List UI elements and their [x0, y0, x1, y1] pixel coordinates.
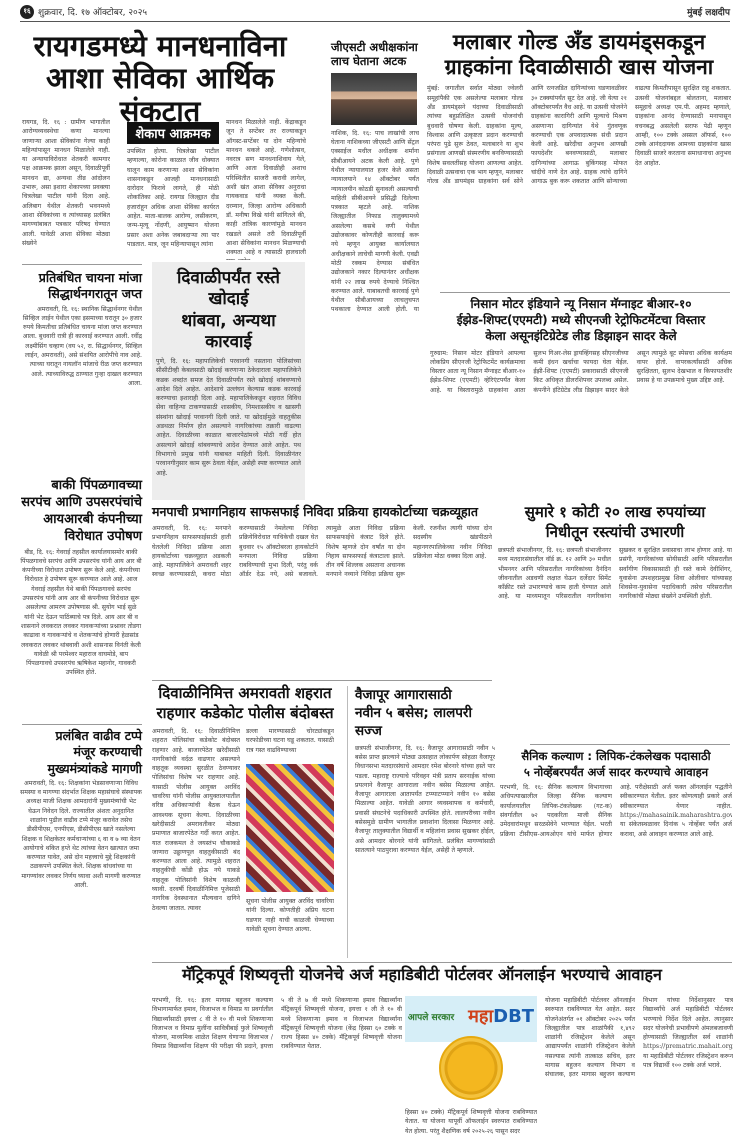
headline: प्रलंबित वाढीव टप्पे मंजूर करण्याची मुख्…	[20, 728, 142, 777]
article-body: रायगड, दि. १६ : ग्रामीण भागातील आरोग्यव्…	[22, 118, 110, 258]
divider	[530, 744, 730, 745]
article-body: बीड, दि. १६: गेवराई तहसील कार्यालयासमोर …	[20, 548, 142, 708]
headline: रायगडमध्ये मानधनाविना आशा सेविका आर्थिक …	[20, 30, 300, 127]
headline: मलाबार गोल्ड अँड डायमंड्सकडून ग्राहकांना…	[427, 30, 731, 80]
article-body: छत्रपती संभाजीनगर, दि. १६: छत्रपती संभाज…	[498, 546, 732, 724]
article-body: मानधन मिळालेले नाही. केंद्राकडून जून ते …	[226, 118, 306, 260]
mahadbt-logo: महाDBT	[468, 1004, 534, 1028]
headline: निसान मोटर इंडियाने न्यू निसान मॅग्नाइट …	[430, 296, 732, 345]
divider	[22, 724, 142, 725]
article-body: उपस्थित होत्या. चित्रलेखा पाटील म्हणाल्य…	[127, 147, 219, 260]
government-seal-icon	[439, 1036, 503, 1100]
divider	[22, 264, 142, 265]
article-sainik: सैनिक कल्याण : लिपिक-टंकलेखक पदासाठी ५ न…	[500, 748, 732, 953]
divider	[440, 292, 730, 293]
logo-row: आपले सरकार महाDBT	[408, 1004, 534, 1028]
article-body: डल्ला मारण्यासाठी चोरट्यांकडून घरफोडीच्य…	[246, 727, 334, 755]
handshake-photo	[331, 73, 417, 125]
page-number-badge: १६	[20, 5, 34, 19]
article-roads: दिवाळीपर्यंत रस्ते खोदाई थांबवा, अन्यथा …	[152, 262, 305, 500]
page-masthead: १६ शुक्रवार, दि. १७ ऑक्टोबर, २०२५ मुंबई …	[20, 2, 730, 22]
article-body: परभणी, दि. १६: सैनिक कल्याण विभागाच्या अ…	[500, 783, 732, 953]
divider	[152, 680, 492, 681]
headline: दिवाळीपर्यंत रस्ते खोदाई थांबवा, अन्यथा …	[156, 268, 301, 353]
publication-name: मुंबई लक्षदीप	[687, 5, 730, 18]
article-body: हिस्सा ४० टक्के) मॅट्रिकपूर्व शिष्यवृत्त…	[405, 1108, 537, 1146]
article-body: अमरावती, दि. १६: स्थानिक सिद्धार्थनगर ये…	[20, 305, 142, 465]
issue-date: शुक्रवार, दि. १७ ऑक्टोबर, २०२५	[38, 5, 147, 18]
headline: दिवाळीनिमित्त अमरावती शहरात राहणार कडेको…	[150, 684, 340, 723]
article-scholarship: मॅट्रिकपूर्व शिष्यवृत्ती योजनेचे अर्ज मह…	[112, 966, 732, 984]
article-shikshak: प्रलंबित वाढीव टप्पे मंजूर करण्याची मुख्…	[20, 728, 142, 1139]
aaple-sarkar-logo: आपले सरकार	[408, 1010, 454, 1023]
mahadbt-logo-box: आपले सरकार महाDBT	[405, 996, 537, 1106]
article-police: दिवाळीनिमित्त अमरावती शहरात राहणार कडेको…	[150, 684, 340, 723]
article-raigad: रायगडमध्ये मानधनाविना आशा सेविका आर्थिक …	[20, 30, 300, 127]
headline: सैनिक कल्याण : लिपिक-टंकलेखक पदासाठी ५ न…	[500, 748, 732, 780]
divider	[152, 962, 732, 963]
article-body: अमरावती, दि. १६: दिवाळीनिमित्त शहरात पोल…	[152, 727, 240, 957]
divider	[347, 686, 348, 958]
article-pimpalgaon: बाकी पिंपळगावच्या सरपंच आणि उपसरपंचांचे …	[20, 478, 142, 708]
article-body: पुणे, दि. १६: महापालिकेची परवानगी नसताना…	[156, 357, 301, 527]
headline: प्रतिबंधित चायना मांजा सिद्धार्थनगरातून …	[20, 270, 142, 303]
article-malabar: मलाबार गोल्ड अँड डायमंड्सकडून ग्राहकांना…	[427, 30, 731, 264]
article-body: सूचना पोलीस आयुक्त अरविंद चावरिया यांनी …	[246, 897, 334, 957]
article-nissan: निसान मोटर इंडियाने न्यू निसान मॅग्नाइट …	[430, 296, 732, 509]
article-body: नाशिक, दि. १६: पाच लाखांची लाच घेताना ना…	[331, 129, 419, 314]
article-body: अमरावती, दि. १६: शिक्षकांना भेडसावणाऱ्या…	[20, 779, 142, 1139]
diwali-market-photo	[246, 764, 334, 892]
headline: मॅट्रिकपूर्व शिष्यवृत्ती योजनेचे अर्ज मह…	[112, 966, 732, 984]
headline: वैजापूर आगारासाठी नवीन ५ बसेस; लालपरी सज…	[355, 686, 495, 741]
masthead-left: १६ शुक्रवार, दि. १७ ऑक्टोबर, २०२५	[20, 5, 147, 19]
headline: मनपाची प्रभागनिहाय साफसफाई निविदा प्रक्र…	[152, 505, 492, 519]
headline: जीएसटी अधीक्षकांना लाच घेताना अटक	[331, 40, 419, 69]
article-road-fund: सुमारे १ कोटी २० लाख रुपयांच्या निधीतून …	[498, 503, 732, 724]
article-body: गुरुग्राम: निसान मोटर इंडियाने आपल्या लो…	[430, 349, 732, 509]
article-body: मुंबई: जगातील सर्वात मोठ्या ज्वेलरी समूह…	[427, 84, 731, 264]
article-body: अमरावती, दि. १६: मनपाने प्रभागनिहाय साफस…	[152, 524, 492, 674]
headline: सुमारे १ कोटी २० लाख रुपयांच्या निधीतून …	[498, 503, 732, 542]
headline: बाकी पिंपळगावच्या सरपंच आणि उपसरपंचांचे …	[20, 478, 142, 546]
article-manja: प्रतिबंधित चायना मांजा सिद्धार्थनगरातून …	[20, 270, 142, 465]
article-safai: मनपाची प्रभागनिहाय साफसफाई निविदा प्रक्र…	[152, 505, 492, 674]
article-vaijapur: वैजापूर आगारासाठी नवीन ५ बसेस; लालपरी सज…	[355, 686, 495, 976]
article-gst: जीएसटी अधीक्षकांना लाच घेताना अटक नाशिक,…	[331, 40, 419, 314]
kicker-box: शेकाप आक्रमक	[127, 122, 219, 144]
article-body: परभणी, दि. १६: इतर मागास बहुजन कल्याण वि…	[152, 996, 402, 1144]
article-body: छत्रपती संभाजीनगर, दि. १६: वैजापूर आगारा…	[355, 744, 495, 976]
article-body: योजना महाडिबीटी पोर्टलवर ऑनलाईन स्वरुपात…	[545, 996, 733, 1144]
